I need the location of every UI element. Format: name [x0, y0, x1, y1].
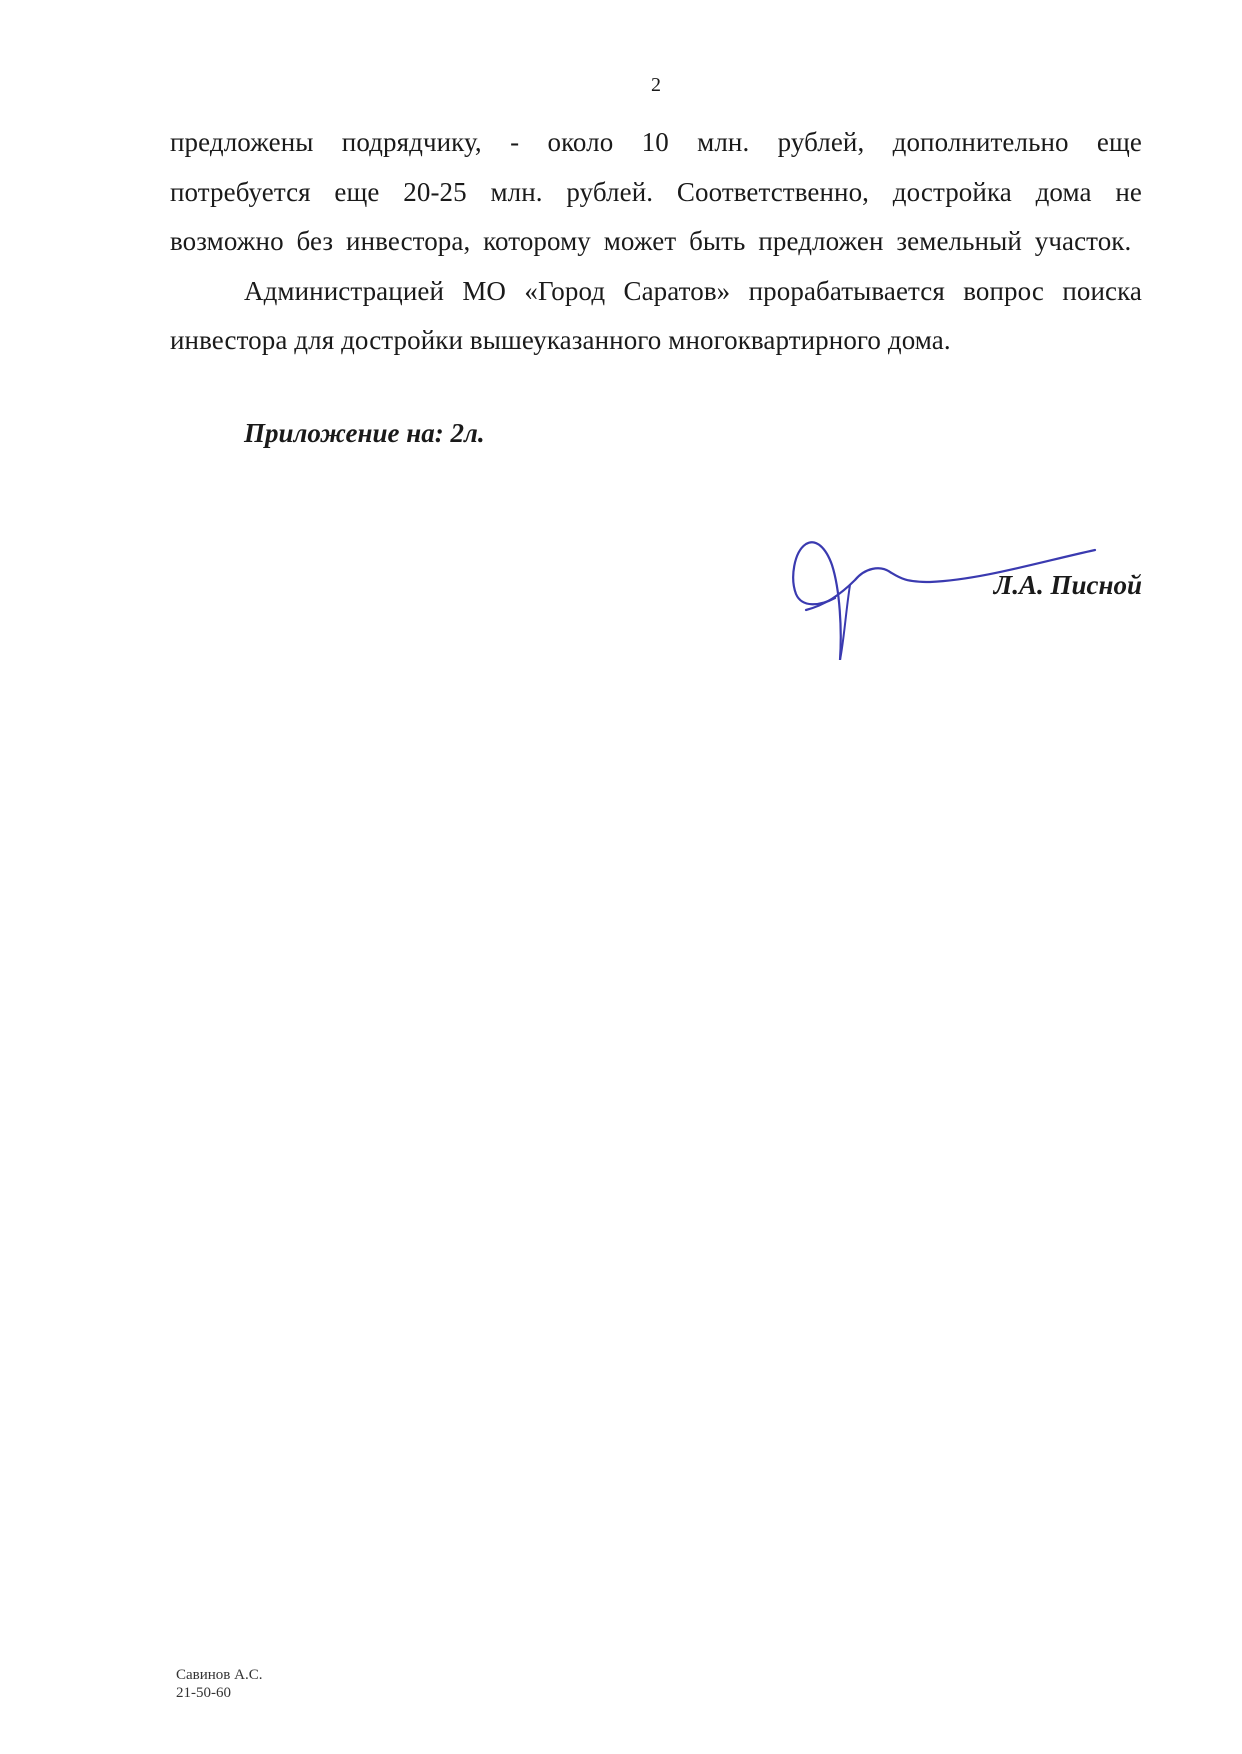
- signatory-name: Л.А. Писной: [994, 570, 1142, 601]
- attachment-note: Приложение на: 2л.: [244, 418, 485, 449]
- paragraph-investor-search: Администрацией МО «Город Саратов» прораб…: [170, 267, 1142, 366]
- paragraph-continuation: предложены подрядчику, - около 10 млн. р…: [170, 118, 1142, 267]
- page-number: 2: [0, 74, 1242, 97]
- executor-name: Савинов А.С.: [176, 1666, 262, 1684]
- executor-phone: 21-50-60: [176, 1684, 262, 1702]
- document-body: предложены подрядчику, - около 10 млн. р…: [170, 118, 1142, 366]
- executor-footer: Савинов А.С. 21-50-60: [176, 1666, 262, 1702]
